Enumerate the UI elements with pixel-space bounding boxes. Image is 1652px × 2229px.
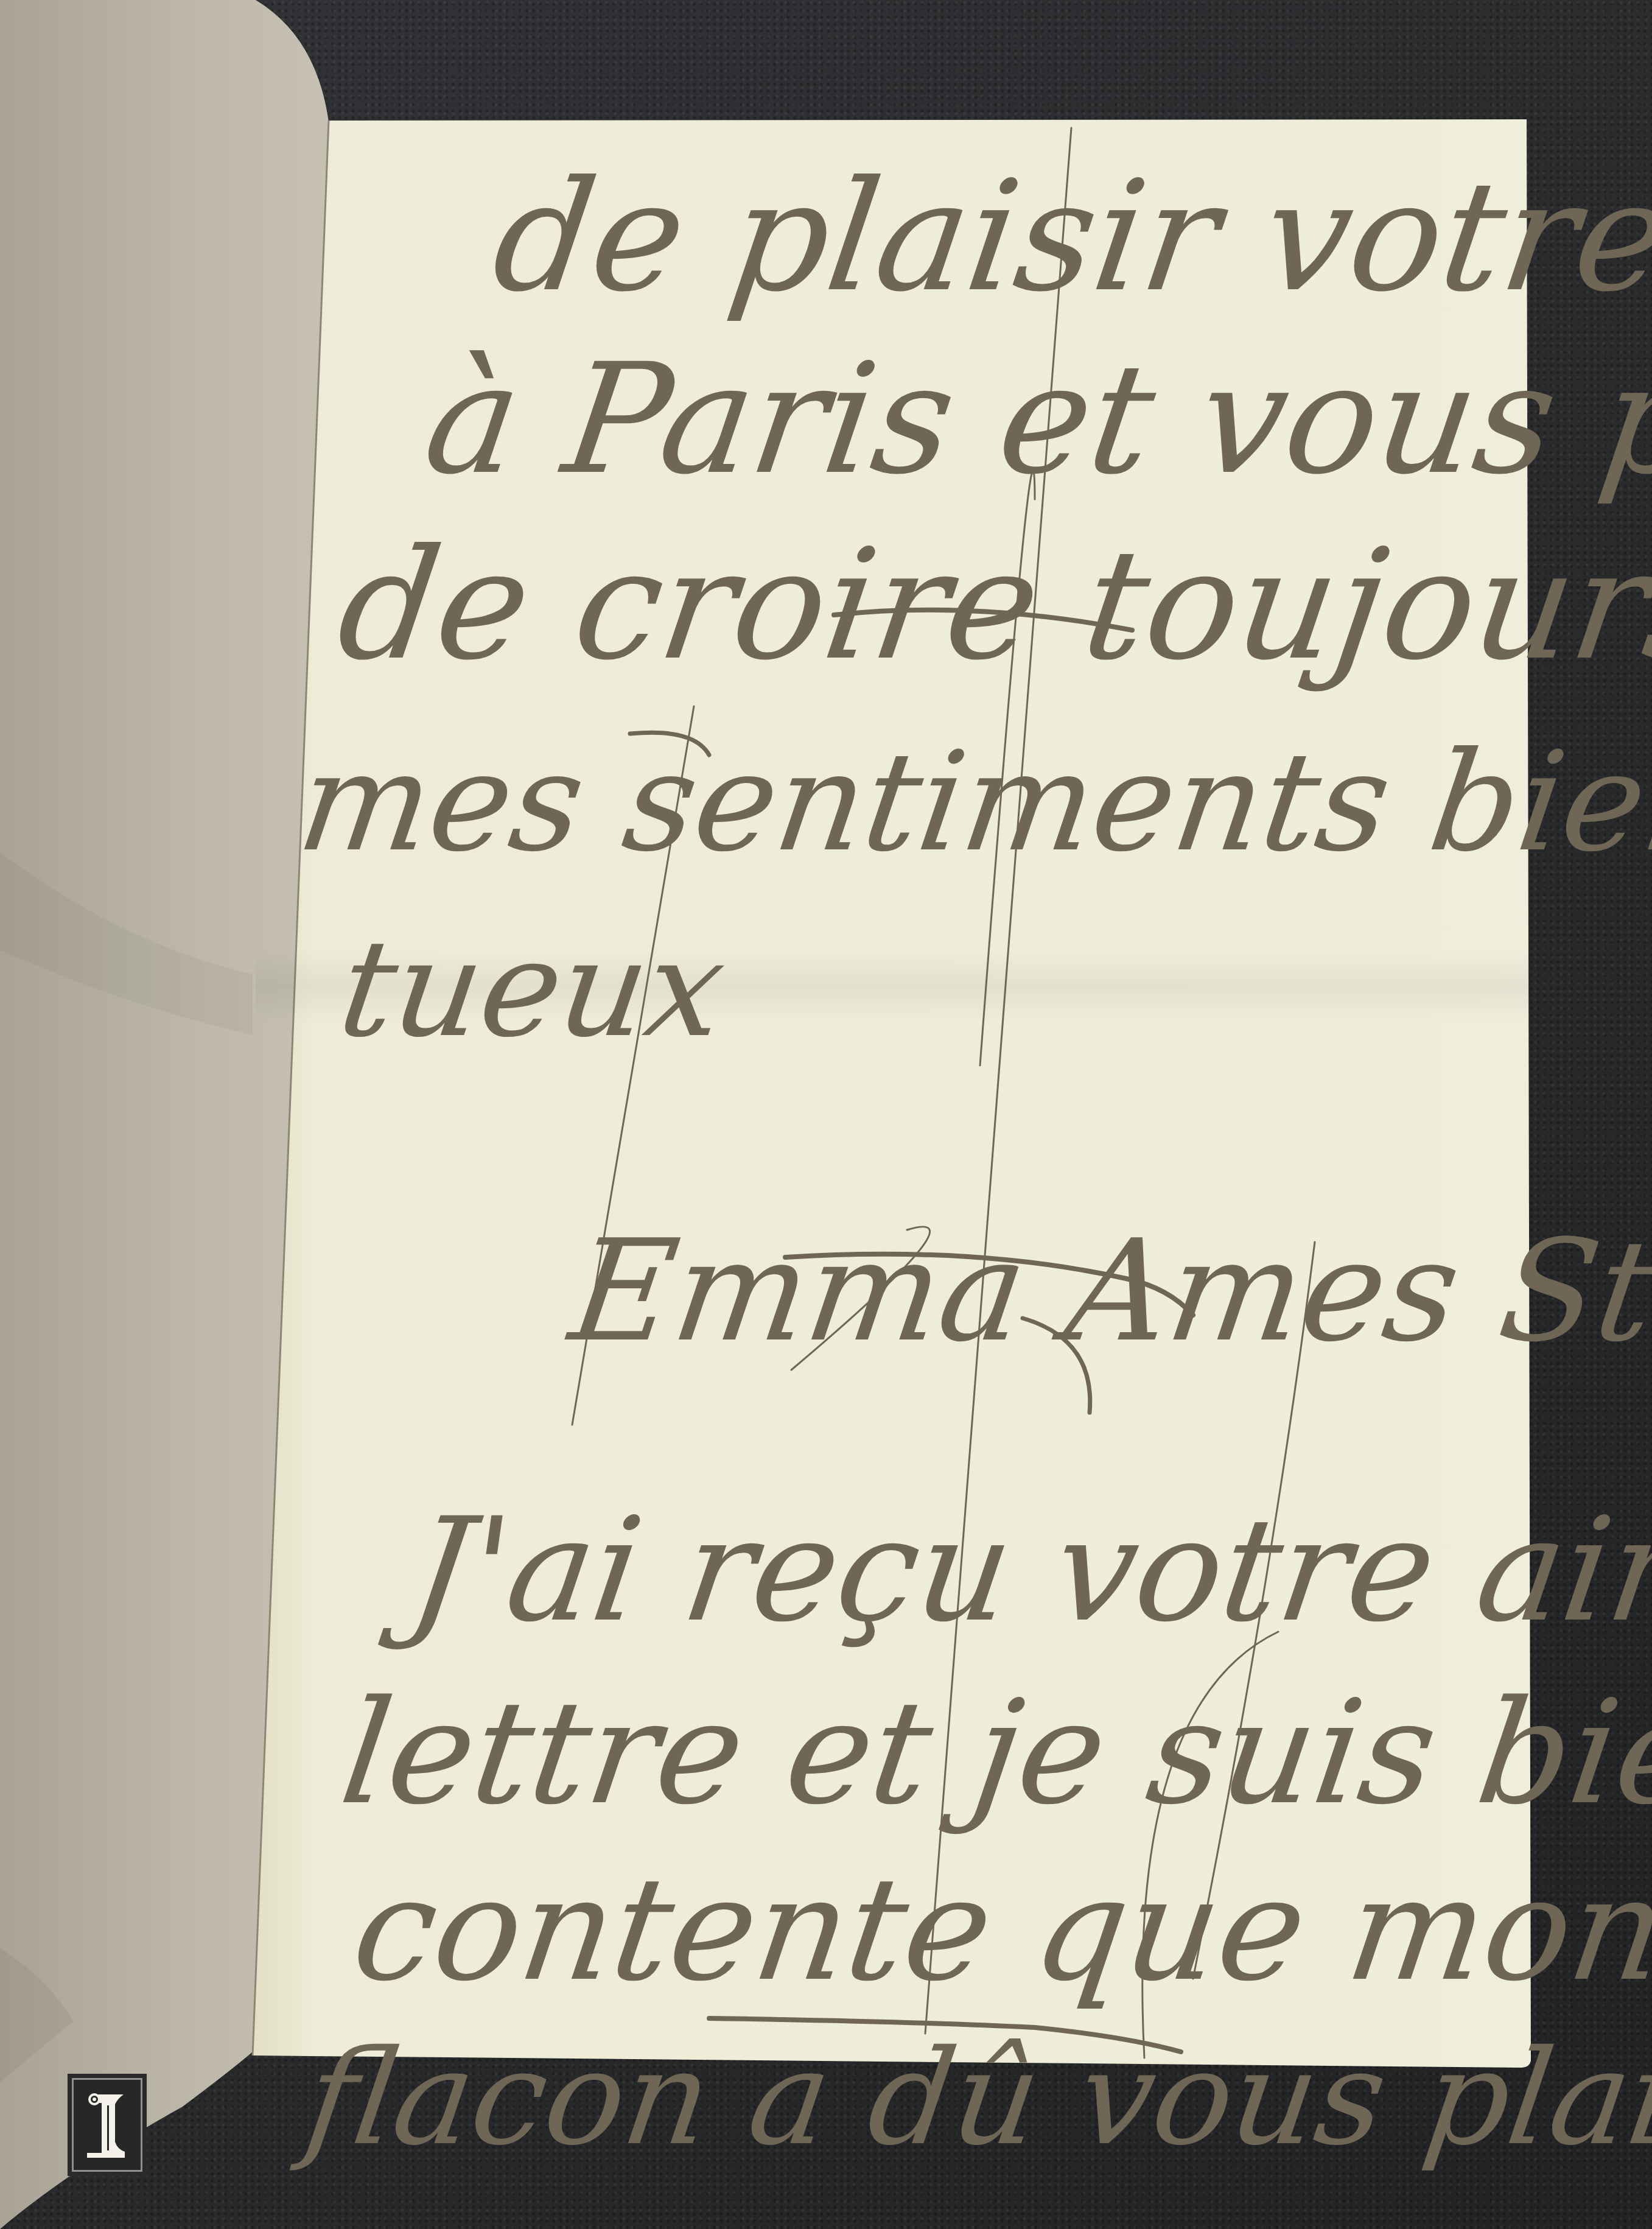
letter-line-8: lettre et je suis bien [332, 1669, 1652, 1836]
letter-line-7: J'ai reçu votre aimable [377, 1487, 1652, 1654]
column-i-logo: I [68, 2074, 147, 2176]
letter-line-3: de croire toujours à [329, 517, 1652, 694]
album-spread: de plaisir votre visite à Paris et vous … [0, 0, 1652, 2229]
signature: Emma Ames Story [559, 1209, 1652, 1373]
letter-line-9: contente que mon petit [344, 1846, 1652, 2013]
letter-line-4: mes sentiments bien affec- [290, 723, 1652, 882]
letter-line-10: flacon a dû vous plaire. [289, 2021, 1652, 2174]
column-icon [68, 2074, 147, 2176]
letter-line-5: tueux [331, 911, 734, 1067]
